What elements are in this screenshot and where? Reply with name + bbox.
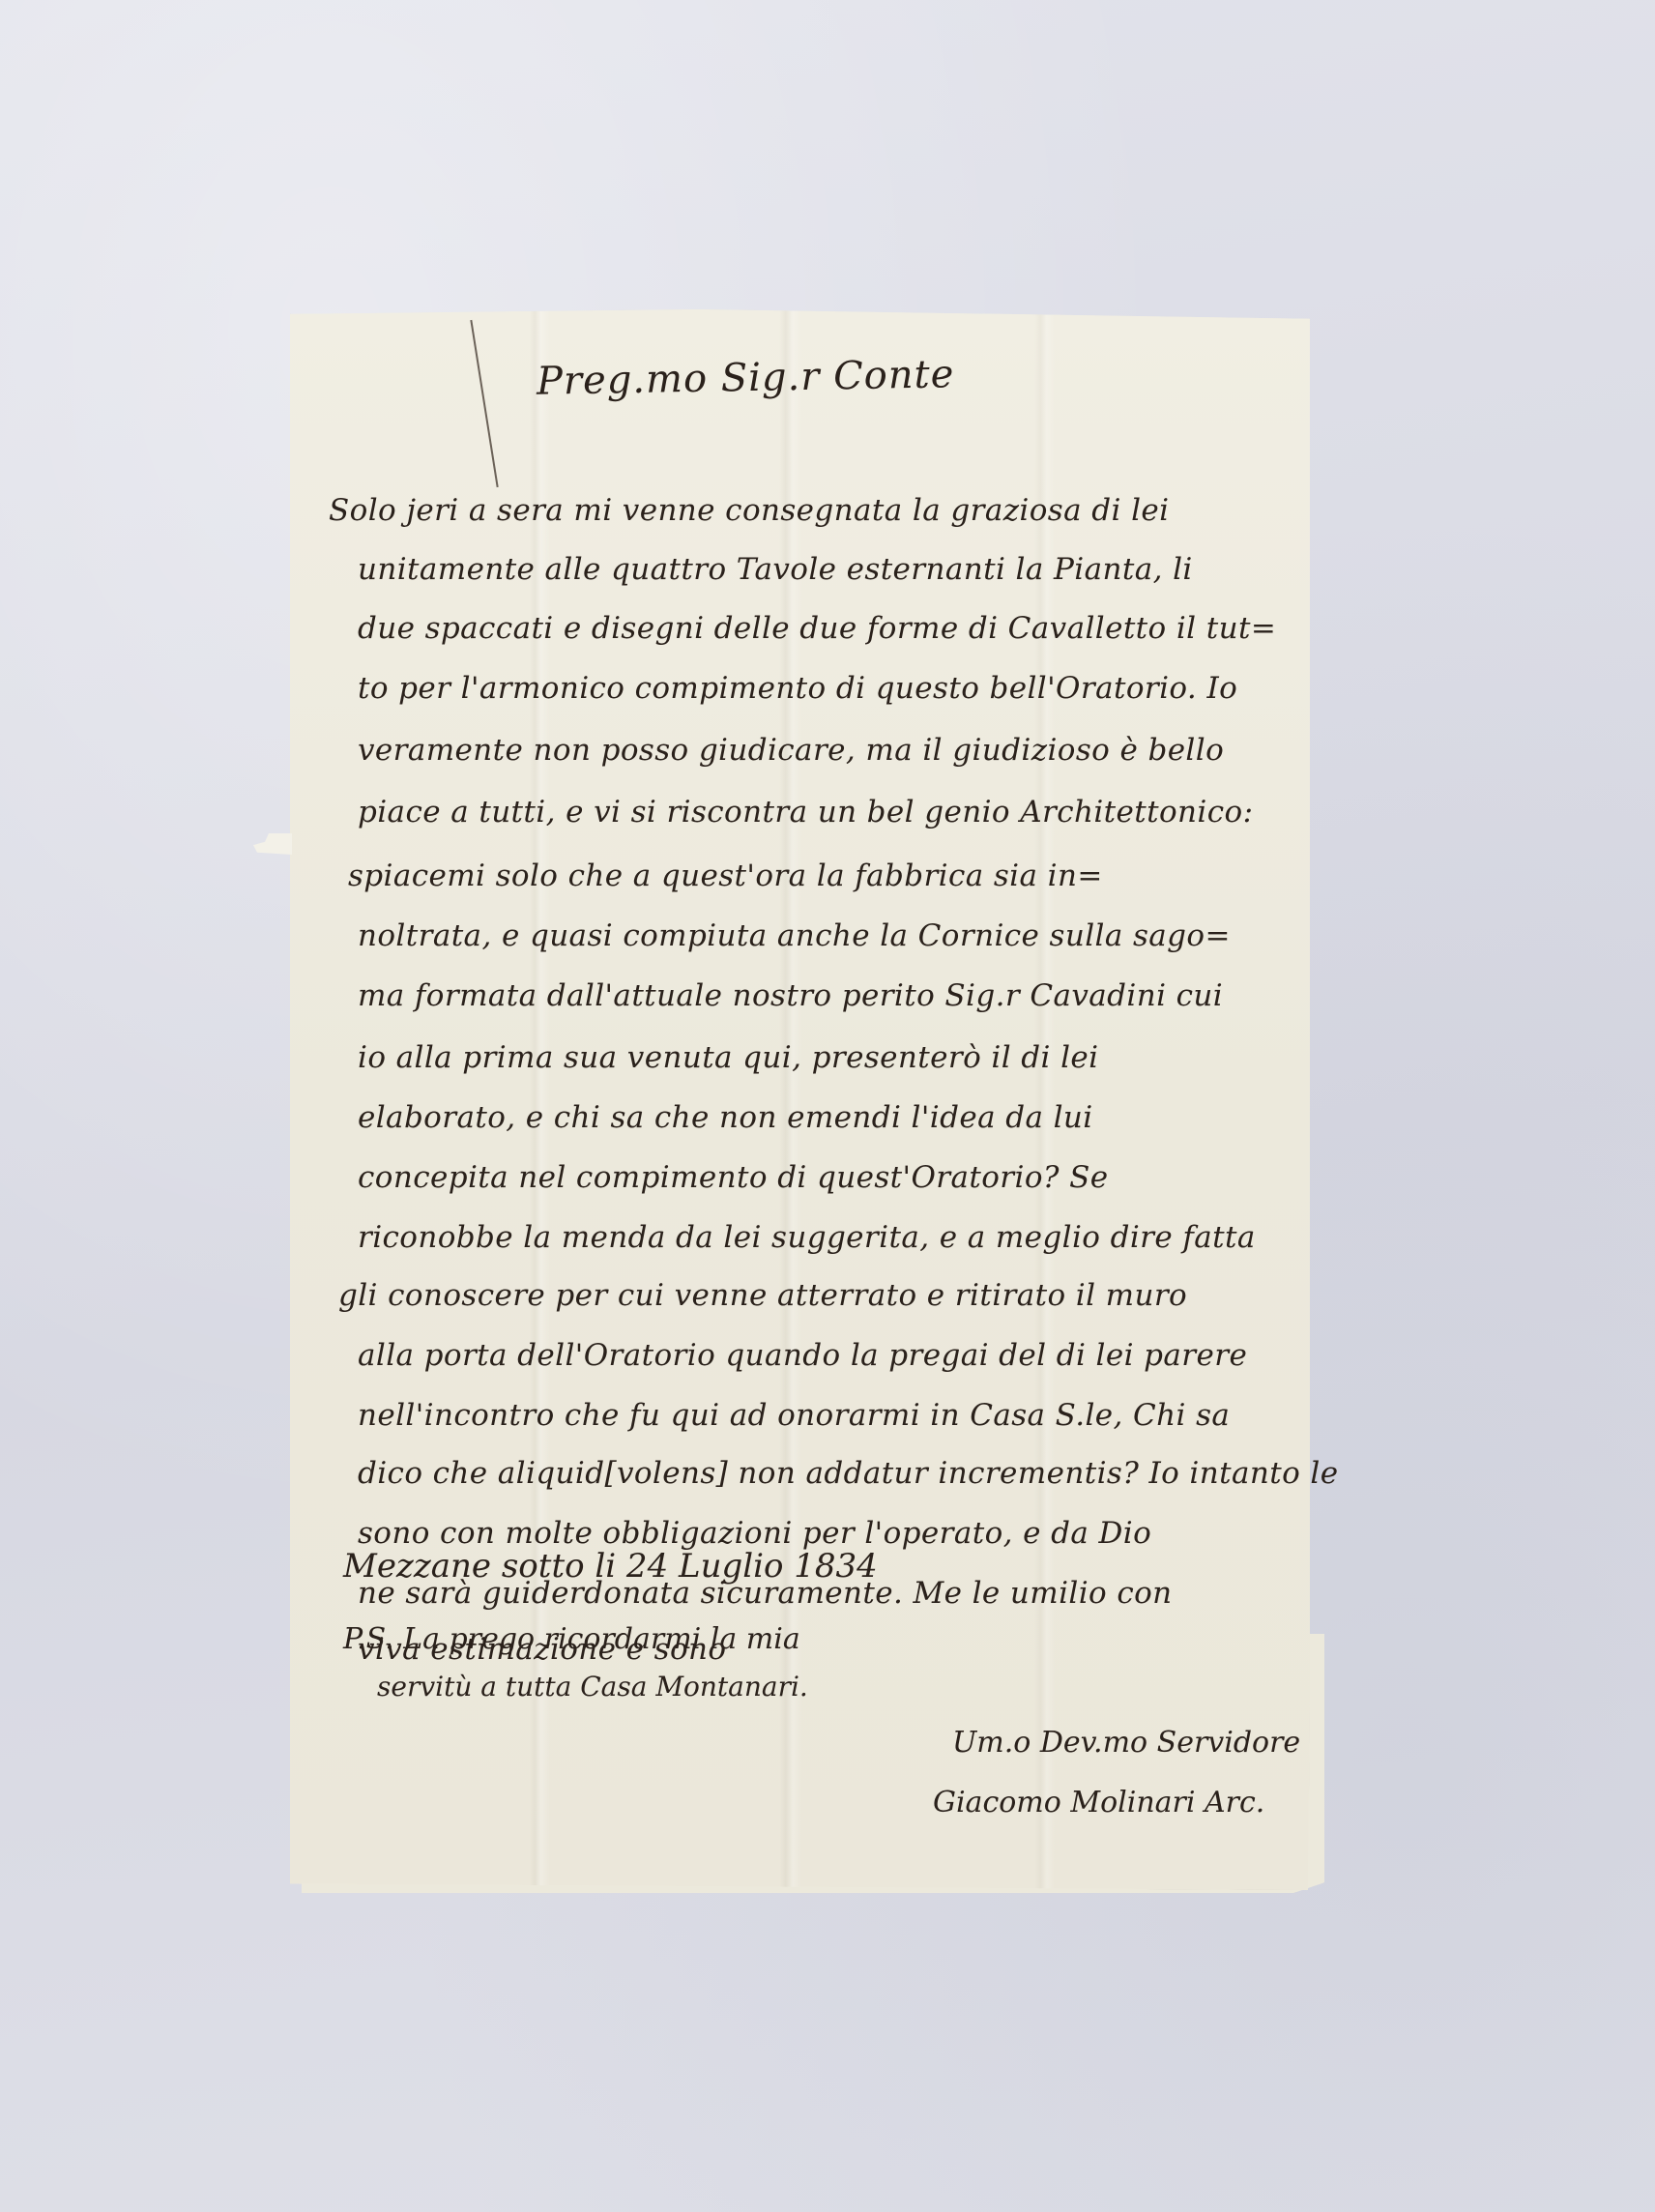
body-line: due spaccati e disegni delle due forme d… [358, 611, 1276, 646]
body-line: io alla prima sua venuta qui, presenterò… [358, 1040, 1098, 1075]
body-line: dico che aliquid[volens] non addatur inc… [358, 1456, 1338, 1491]
postscript-line: servitù a tutta Casa Montanari. [377, 1671, 808, 1703]
body-line: veramente non posso giudicare, ma il giu… [358, 733, 1224, 768]
handwritten-letter: Preg.mo Sig.r Conte Solo jeri a sera mi … [290, 309, 1310, 1890]
body-line: riconobbe la menda da lei suggerita, e a… [358, 1220, 1256, 1255]
body-line: Solo jeri a sera mi venne consegnata la … [329, 493, 1169, 528]
salutation: Preg.mo Sig.r Conte [537, 352, 955, 404]
body-line: noltrata, e quasi compiuta anche la Corn… [358, 918, 1231, 953]
signature-valediction: Um.o Dev.mo Servidore [952, 1726, 1300, 1760]
body-line: concepita nel compimento di quest'Orator… [358, 1160, 1109, 1195]
body-line: sono con molte obbligazioni per l'operat… [358, 1516, 1151, 1551]
postscript-line: P.S. La prego ricordarmi la mia [343, 1622, 800, 1656]
body-line: alla porta dell'Oratorio quando la prega… [358, 1338, 1247, 1373]
body-line: ma formata dall'attuale nostro perito Si… [358, 978, 1223, 1013]
pen-stroke [470, 320, 498, 487]
body-line: to per l'armonico compimento di questo b… [358, 671, 1237, 706]
signature-name: Giacomo Molinari Arc. [933, 1786, 1264, 1819]
body-line: elaborato, e chi sa che non emendi l'ide… [358, 1100, 1093, 1135]
body-line: gli conoscere per cui venne atterrato e … [338, 1278, 1187, 1313]
body-line: unitamente alle quattro Tavole esternant… [358, 552, 1193, 587]
body-line: piace a tutti, e vi si riscontra un bel … [358, 795, 1253, 829]
dateline: Mezzane sotto li 24 Luglio 1834 [343, 1547, 878, 1586]
body-line: spiacemi solo che a quest'ora la fabbric… [348, 859, 1103, 893]
body-line: nell'incontro che fu qui ad onorarmi in … [358, 1398, 1230, 1433]
